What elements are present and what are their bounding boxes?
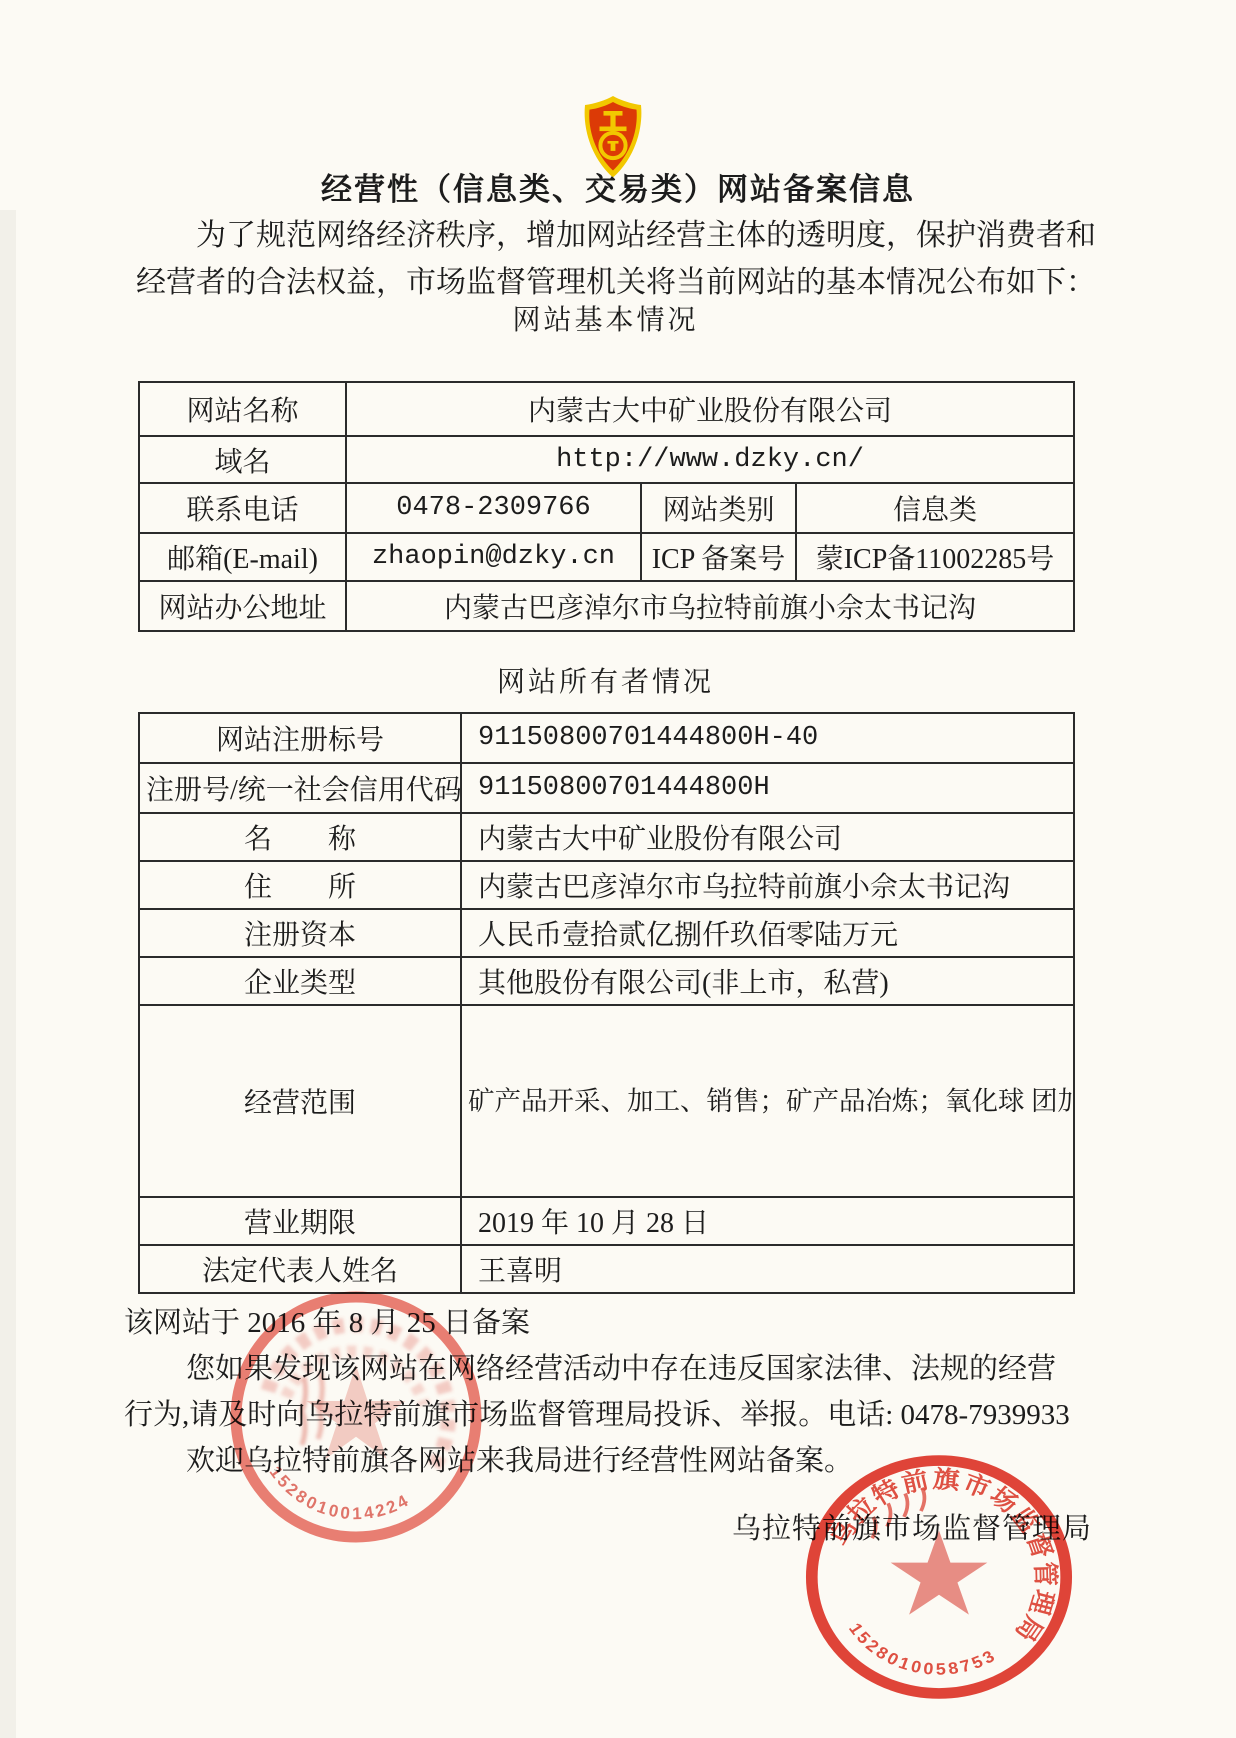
intro-paragraph: 为了规范网络经济秩序，增加网站经营主体的透明度，保护消费者和 经营者的合法权益，… — [136, 212, 1146, 306]
row-label: 企业类型 — [139, 957, 461, 1005]
page-title: 经营性（信息类、交易类）网站备案信息 — [0, 164, 1236, 209]
table-row: 邮箱(E-mail) zhaopin@dzky.cn ICP 备案号 蒙ICP备… — [139, 533, 1074, 581]
row-label: ICP 备案号 — [641, 533, 796, 581]
row-value: 0478-2309766 — [346, 483, 641, 533]
table-row: 网站办公地址 内蒙古巴彦淖尔市乌拉特前旗小佘太书记沟 — [139, 581, 1074, 631]
row-value: 信息类 — [796, 483, 1074, 533]
row-label: 联系电话 — [139, 483, 346, 533]
row-label: 名 称 — [139, 813, 461, 861]
official-seal-right-icon: 乌拉特前旗市场监督管理局 1528010058753 — [799, 1446, 1079, 1708]
table-row: 网站名称 内蒙古大中矿业股份有限公司 — [139, 382, 1074, 436]
row-value: 内蒙古巴彦淖尔市乌拉特前旗小佘太书记沟 — [461, 861, 1074, 909]
table-row: 注册资本 人民币壹拾贰亿捌仟玖佰零陆万元 — [139, 909, 1074, 957]
row-value: 91150800701444800H — [461, 763, 1074, 813]
table-row: 注册号/统一社会信用代码 91150800701444800H — [139, 763, 1074, 813]
intro-line-1: 为了规范网络经济秩序，增加网站经营主体的透明度，保护消费者和 — [136, 212, 1146, 259]
row-label: 网站名称 — [139, 382, 346, 436]
table-row: 住 所 内蒙古巴彦淖尔市乌拉特前旗小佘太书记沟 — [139, 861, 1074, 909]
row-label: 网站办公地址 — [139, 581, 346, 631]
row-value: 蒙ICP备11002285号 — [796, 533, 1074, 581]
row-value: http://www.dzky.cn/ — [346, 436, 1074, 483]
owner-info-table: 网站注册标号 91150800701444800H-40 注册号/统一社会信用代… — [138, 712, 1075, 1294]
section-heading-basic-info: 网站基本情况 — [138, 298, 1073, 338]
scan-edge-artifact — [0, 210, 16, 1738]
row-label: 注册号/统一社会信用代码 — [139, 763, 461, 813]
row-label: 邮箱(E-mail) — [139, 533, 346, 581]
row-value: 内蒙古巴彦淖尔市乌拉特前旗小佘太书记沟 — [346, 581, 1074, 631]
row-label: 注册资本 — [139, 909, 461, 957]
star-icon — [891, 1530, 988, 1614]
table-row: 经营范围 矿产品开采、加工、销售；矿产品冶炼；氧化球 团加工、销售。公路经营管理… — [139, 1005, 1074, 1197]
row-label: 网站注册标号 — [139, 713, 461, 763]
row-value: zhaopin@dzky.cn — [346, 533, 641, 581]
scanned-filing-document: 经营性（信息类、交易类）网站备案信息 为了规范网络经济秩序，增加网站经营主体的透… — [0, 0, 1236, 1738]
table-row: 企业类型 其他股份有限公司(非上市，私营) — [139, 957, 1074, 1005]
basic-info-table: 网站名称 内蒙古大中矿业股份有限公司 域名 http://www.dzky.cn… — [138, 381, 1075, 632]
row-value: 91150800701444800H-40 — [461, 713, 1074, 763]
table-row: 名 称 内蒙古大中矿业股份有限公司 — [139, 813, 1074, 861]
section-heading-owner-info: 网站所有者情况 — [138, 660, 1073, 700]
row-label: 住 所 — [139, 861, 461, 909]
row-value: 内蒙古大中矿业股份有限公司 — [346, 382, 1074, 436]
table-row: 营业期限 2019 年 10 月 28 日 — [139, 1197, 1074, 1245]
row-value: 王喜明 — [461, 1245, 1074, 1293]
row-label: 网站类别 — [641, 483, 796, 533]
row-label: 营业期限 — [139, 1197, 461, 1245]
table-row: 域名 http://www.dzky.cn/ — [139, 436, 1074, 483]
official-seal-left-icon: 1528010014224 — [221, 1282, 491, 1552]
row-value: 2019 年 10 月 28 日 — [461, 1197, 1074, 1245]
row-value: 其他股份有限公司(非上市，私营) — [461, 957, 1074, 1005]
table-row: 网站注册标号 91150800701444800H-40 — [139, 713, 1074, 763]
table-row: 联系电话 0478-2309766 网站类别 信息类 — [139, 483, 1074, 533]
row-value: 内蒙古大中矿业股份有限公司 — [461, 813, 1074, 861]
row-label: 域名 — [139, 436, 346, 483]
business-scope-value: 矿产品开采、加工、销售；矿产品冶炼；氧化球 团加工、销售。公路经营管理。 一般经… — [461, 1005, 1074, 1197]
row-value: 人民币壹拾贰亿捌仟玖佰零陆万元 — [461, 909, 1074, 957]
row-label: 经营范围 — [139, 1005, 461, 1197]
